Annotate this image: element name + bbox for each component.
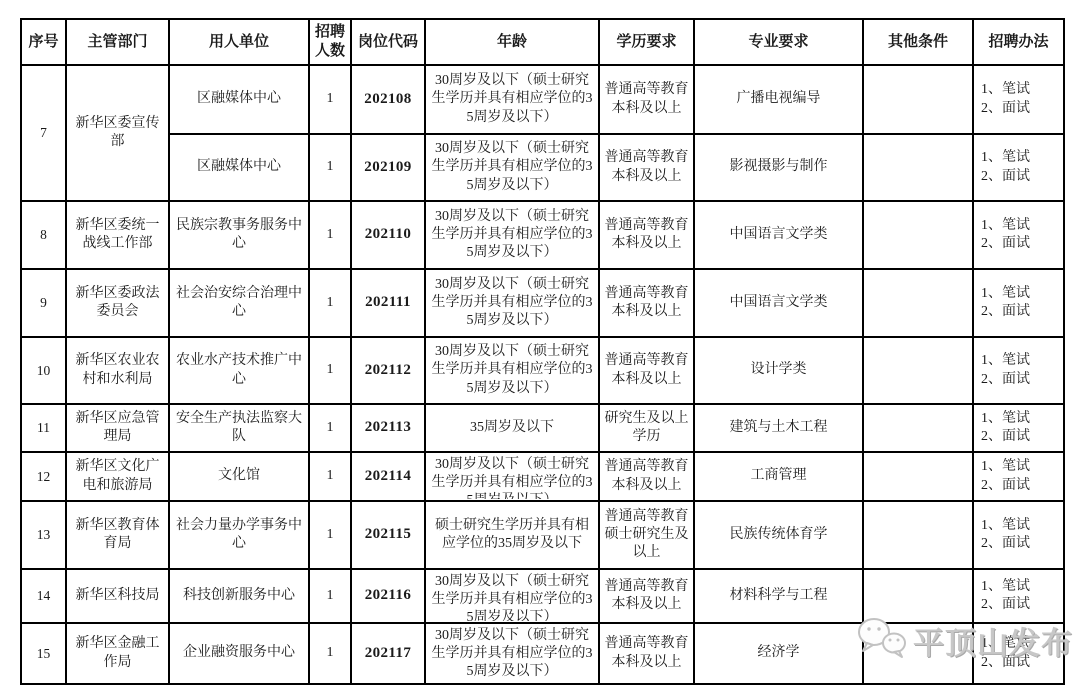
major-cell-text: 中国语言文学类 — [695, 224, 862, 246]
count-cell: 1 — [309, 452, 351, 501]
edu-cell: 普通高等教育本科及以上 — [599, 134, 694, 201]
seq-cell-text: 8 — [22, 224, 65, 246]
count-cell: 1 — [309, 337, 351, 404]
header-other: 其他条件 — [863, 19, 973, 65]
other-cell — [863, 452, 973, 501]
other-cell — [863, 501, 973, 569]
count-cell-text: 1 — [310, 524, 350, 546]
unit-cell-text: 企业融资服务中心 — [170, 642, 308, 664]
major-cell: 设计学类 — [694, 337, 863, 404]
edu-cell-text: 普通高等教育本科及以上 — [600, 456, 693, 496]
table-row: 9新华区委政法委员会社会治安综合治理中心120211130周岁及以下（硕士研究生… — [21, 269, 1064, 337]
count-cell-text: 1 — [310, 224, 350, 246]
other-cell-text — [864, 594, 972, 598]
count-cell: 1 — [309, 65, 351, 134]
other-cell — [863, 569, 973, 623]
count-cell: 1 — [309, 201, 351, 269]
table-row: 区融媒体中心120210930周岁及以下（硕士研究生学历并具有相应学位的35周岁… — [21, 134, 1064, 201]
other-cell-text — [864, 475, 972, 479]
seq-cell: 12 — [21, 452, 66, 501]
other-cell — [863, 269, 973, 337]
code-cell-text: 202115 — [352, 523, 424, 547]
major-cell: 中国语言文学类 — [694, 269, 863, 337]
major-cell-text: 民族传统体育学 — [695, 524, 862, 546]
seq-cell: 9 — [21, 269, 66, 337]
edu-cell-text: 普通高等教育本科及以上 — [600, 350, 693, 390]
dept-cell: 新华区委宣传部 — [66, 65, 169, 201]
unit-cell-text: 文化馆 — [170, 465, 308, 487]
major-cell-text: 材料科学与工程 — [695, 585, 862, 607]
unit-cell-text: 安全生产执法监察大队 — [170, 408, 308, 448]
code-cell-text: 202109 — [352, 156, 424, 180]
unit-cell-text: 农业水产技术推广中心 — [170, 350, 308, 390]
count-cell: 1 — [309, 623, 351, 684]
other-cell-text — [864, 98, 972, 102]
header-method: 招聘办法 — [973, 19, 1064, 65]
edu-cell-text: 普通高等教育本科及以上 — [600, 576, 693, 616]
method-cell-text: 1、笔试 2、面试 — [974, 633, 1063, 673]
age-cell: 30周岁及以下（硕士研究生学历并具有相应学位的35周岁及以下） — [425, 569, 599, 623]
header-edu: 学历要求 — [599, 19, 694, 65]
unit-cell-text: 区融媒体中心 — [170, 88, 308, 110]
dept-cell-text: 新华区金融工作局 — [67, 633, 168, 673]
method-cell: 1、笔试 2、面试 — [973, 65, 1064, 134]
age-cell-text: 30周岁及以下（硕士研究生学历并具有相应学位的35周岁及以下） — [426, 454, 598, 499]
code-cell: 202111 — [351, 269, 425, 337]
major-cell-text: 影视摄影与制作 — [695, 156, 862, 178]
other-cell — [863, 337, 973, 404]
edu-cell: 普通高等教育本科及以上 — [599, 65, 694, 134]
age-cell-text: 30周岁及以下（硕士研究生学历并具有相应学位的35周岁及以下） — [426, 571, 598, 621]
unit-cell: 农业水产技术推广中心 — [169, 337, 309, 404]
edu-cell: 普通高等教育本科及以上 — [599, 569, 694, 623]
code-cell-text: 202110 — [352, 223, 424, 247]
major-cell: 影视摄影与制作 — [694, 134, 863, 201]
count-cell-text: 1 — [310, 417, 350, 439]
major-cell-text: 广播电视编导 — [695, 88, 862, 110]
major-cell: 中国语言文学类 — [694, 201, 863, 269]
seq-cell-text: 13 — [22, 524, 65, 546]
code-cell: 202113 — [351, 404, 425, 452]
count-cell-text: 1 — [310, 292, 350, 314]
edu-cell-text: 普通高等教育硕士研究生及以上 — [600, 506, 693, 565]
method-cell-text: 1、笔试 2、面试 — [974, 350, 1063, 390]
method-cell: 1、笔试 2、面试 — [973, 501, 1064, 569]
code-cell: 202108 — [351, 65, 425, 134]
unit-cell: 科技创新服务中心 — [169, 569, 309, 623]
code-cell: 202110 — [351, 201, 425, 269]
code-cell-text: 202116 — [352, 584, 424, 608]
major-cell: 经济学 — [694, 623, 863, 684]
seq-cell-text: 7 — [22, 122, 65, 144]
header-unit: 用人单位 — [169, 19, 309, 65]
count-cell: 1 — [309, 569, 351, 623]
age-cell-text: 30周岁及以下（硕士研究生学历并具有相应学位的35周岁及以下） — [426, 206, 598, 265]
age-cell: 30周岁及以下（硕士研究生学历并具有相应学位的35周岁及以下） — [425, 337, 599, 404]
age-cell-text: 30周岁及以下（硕士研究生学历并具有相应学位的35周岁及以下） — [426, 625, 598, 682]
edu-cell-text: 普通高等教育本科及以上 — [600, 147, 693, 187]
method-cell-text: 1、笔试 2、面试 — [974, 515, 1063, 555]
seq-cell: 13 — [21, 501, 66, 569]
header-seq: 序号 — [21, 19, 66, 65]
recruitment-table: 序号主管部门用人单位招聘人数岗位代码年龄学历要求专业要求其他条件招聘办法 7新华… — [20, 18, 1065, 685]
dept-cell: 新华区科技局 — [66, 569, 169, 623]
table-row: 11新华区应急管理局安全生产执法监察大队120211335周岁及以下研究生及以上… — [21, 404, 1064, 452]
other-cell-text — [864, 426, 972, 430]
seq-cell: 7 — [21, 65, 66, 201]
age-cell-text: 30周岁及以下（硕士研究生学历并具有相应学位的35周岁及以下） — [426, 70, 598, 129]
other-cell-text — [864, 369, 972, 373]
seq-cell: 14 — [21, 569, 66, 623]
unit-cell-text: 科技创新服务中心 — [170, 585, 308, 607]
edu-cell: 普通高等教育硕士研究生及以上 — [599, 501, 694, 569]
dept-cell-text: 新华区文化广电和旅游局 — [67, 456, 168, 496]
table-row: 14新华区科技局科技创新服务中心120211630周岁及以下（硕士研究生学历并具… — [21, 569, 1064, 623]
table-row: 12新华区文化广电和旅游局文化馆120211430周岁及以下（硕士研究生学历并具… — [21, 452, 1064, 501]
code-cell: 202112 — [351, 337, 425, 404]
age-cell-text: 30周岁及以下（硕士研究生学历并具有相应学位的35周岁及以下） — [426, 138, 598, 197]
method-cell-text: 1、笔试 2、面试 — [974, 576, 1063, 616]
seq-cell-text: 11 — [22, 417, 65, 439]
dept-cell: 新华区委政法委员会 — [66, 269, 169, 337]
seq-cell: 15 — [21, 623, 66, 684]
age-cell-text: 35周岁及以下 — [426, 417, 598, 439]
unit-cell: 区融媒体中心 — [169, 134, 309, 201]
age-cell: 30周岁及以下（硕士研究生学历并具有相应学位的35周岁及以下） — [425, 65, 599, 134]
other-cell-text — [864, 233, 972, 237]
major-cell-text: 建筑与土木工程 — [695, 417, 862, 439]
code-cell-text: 202113 — [352, 416, 424, 440]
age-cell-text: 30周岁及以下（硕士研究生学历并具有相应学位的35周岁及以下） — [426, 274, 598, 333]
unit-cell-text: 社会力量办学事务中心 — [170, 515, 308, 555]
code-cell-text: 202112 — [352, 359, 424, 383]
header-row: 序号主管部门用人单位招聘人数岗位代码年龄学历要求专业要求其他条件招聘办法 — [21, 19, 1064, 65]
method-cell-text: 1、笔试 2、面试 — [974, 79, 1063, 119]
count-cell: 1 — [309, 501, 351, 569]
dept-cell-text: 新华区委统一战线工作部 — [67, 215, 168, 255]
count-cell-text: 1 — [310, 88, 350, 110]
major-cell-text: 工商管理 — [695, 465, 862, 487]
unit-cell: 民族宗教事务服务中心 — [169, 201, 309, 269]
count-cell: 1 — [309, 269, 351, 337]
method-cell: 1、笔试 2、面试 — [973, 569, 1064, 623]
method-cell: 1、笔试 2、面试 — [973, 269, 1064, 337]
code-cell: 202109 — [351, 134, 425, 201]
unit-cell: 区融媒体中心 — [169, 65, 309, 134]
age-cell: 30周岁及以下（硕士研究生学历并具有相应学位的35周岁及以下） — [425, 269, 599, 337]
edu-cell: 普通高等教育本科及以上 — [599, 623, 694, 684]
seq-cell-text: 15 — [22, 643, 65, 665]
dept-cell-text: 新华区应急管理局 — [67, 408, 168, 448]
count-cell: 1 — [309, 134, 351, 201]
edu-cell-text: 普通高等教育本科及以上 — [600, 79, 693, 119]
unit-cell-text: 社会治安综合治理中心 — [170, 283, 308, 323]
edu-cell: 研究生及以上学历 — [599, 404, 694, 452]
code-cell-text: 202111 — [352, 291, 424, 315]
table-row: 10新华区农业农村和水利局农业水产技术推广中心120211230周岁及以下（硕士… — [21, 337, 1064, 404]
count-cell-text: 1 — [310, 585, 350, 607]
age-cell-text: 硕士研究生学历并具有相应学位的35周岁及以下 — [426, 515, 598, 555]
edu-cell-text: 研究生及以上学历 — [600, 408, 693, 448]
unit-cell-text: 民族宗教事务服务中心 — [170, 215, 308, 255]
count-cell: 1 — [309, 404, 351, 452]
table-row: 7新华区委宣传部区融媒体中心120210830周岁及以下（硕士研究生学历并具有相… — [21, 65, 1064, 134]
method-cell: 1、笔试 2、面试 — [973, 452, 1064, 501]
major-cell: 建筑与土木工程 — [694, 404, 863, 452]
major-cell: 工商管理 — [694, 452, 863, 501]
dept-cell-text: 新华区委宣传部 — [67, 113, 168, 153]
unit-cell: 企业融资服务中心 — [169, 623, 309, 684]
method-cell-text: 1、笔试 2、面试 — [974, 408, 1063, 448]
code-cell: 202117 — [351, 623, 425, 684]
other-cell — [863, 134, 973, 201]
method-cell: 1、笔试 2、面试 — [973, 201, 1064, 269]
other-cell-text — [864, 301, 972, 305]
other-cell-text — [864, 652, 972, 656]
other-cell — [863, 201, 973, 269]
edu-cell-text: 普通高等教育本科及以上 — [600, 633, 693, 673]
dept-cell: 新华区农业农村和水利局 — [66, 337, 169, 404]
dept-cell-text: 新华区委政法委员会 — [67, 283, 168, 323]
code-cell: 202115 — [351, 501, 425, 569]
other-cell-text — [864, 166, 972, 170]
major-cell: 民族传统体育学 — [694, 501, 863, 569]
count-cell-text: 1 — [310, 156, 350, 178]
other-cell — [863, 404, 973, 452]
header-count: 招聘人数 — [309, 19, 351, 65]
unit-cell: 文化馆 — [169, 452, 309, 501]
table-row: 13新华区教育体育局社会力量办学事务中心1202115硕士研究生学历并具有相应学… — [21, 501, 1064, 569]
dept-cell: 新华区教育体育局 — [66, 501, 169, 569]
age-cell: 35周岁及以下 — [425, 404, 599, 452]
age-cell: 30周岁及以下（硕士研究生学历并具有相应学位的35周岁及以下） — [425, 623, 599, 684]
dept-cell: 新华区委统一战线工作部 — [66, 201, 169, 269]
seq-cell-text: 14 — [22, 585, 65, 607]
age-cell: 30周岁及以下（硕士研究生学历并具有相应学位的35周岁及以下） — [425, 452, 599, 501]
method-cell: 1、笔试 2、面试 — [973, 404, 1064, 452]
dept-cell: 新华区文化广电和旅游局 — [66, 452, 169, 501]
age-cell-text: 30周岁及以下（硕士研究生学历并具有相应学位的35周岁及以下） — [426, 341, 598, 400]
header-age: 年龄 — [425, 19, 599, 65]
dept-cell: 新华区金融工作局 — [66, 623, 169, 684]
table-row: 8新华区委统一战线工作部民族宗教事务服务中心120211030周岁及以下（硕士研… — [21, 201, 1064, 269]
code-cell-text: 202108 — [352, 88, 424, 112]
header-dept: 主管部门 — [66, 19, 169, 65]
age-cell: 30周岁及以下（硕士研究生学历并具有相应学位的35周岁及以下） — [425, 134, 599, 201]
seq-cell: 11 — [21, 404, 66, 452]
dept-cell: 新华区应急管理局 — [66, 404, 169, 452]
dept-cell-text: 新华区农业农村和水利局 — [67, 350, 168, 390]
method-cell: 1、笔试 2、面试 — [973, 337, 1064, 404]
unit-cell: 社会治安综合治理中心 — [169, 269, 309, 337]
method-cell: 1、笔试 2、面试 — [973, 134, 1064, 201]
age-cell: 硕士研究生学历并具有相应学位的35周岁及以下 — [425, 501, 599, 569]
unit-cell-text: 区融媒体中心 — [170, 156, 308, 178]
count-cell-text: 1 — [310, 642, 350, 664]
code-cell: 202114 — [351, 452, 425, 501]
seq-cell-text: 9 — [22, 292, 65, 314]
method-cell-text: 1、笔试 2、面试 — [974, 283, 1063, 323]
method-cell-text: 1、笔试 2、面试 — [974, 147, 1063, 187]
major-cell-text: 经济学 — [695, 642, 862, 664]
major-cell: 材料科学与工程 — [694, 569, 863, 623]
seq-cell: 10 — [21, 337, 66, 404]
count-cell-text: 1 — [310, 359, 350, 381]
major-cell-text: 中国语言文学类 — [695, 292, 862, 314]
seq-cell-text: 12 — [22, 466, 65, 488]
code-cell: 202116 — [351, 569, 425, 623]
edu-cell-text: 普通高等教育本科及以上 — [600, 283, 693, 323]
major-cell: 广播电视编导 — [694, 65, 863, 134]
edu-cell: 普通高等教育本科及以上 — [599, 337, 694, 404]
edu-cell-text: 普通高等教育本科及以上 — [600, 215, 693, 255]
dept-cell-text: 新华区教育体育局 — [67, 515, 168, 555]
edu-cell: 普通高等教育本科及以上 — [599, 201, 694, 269]
code-cell-text: 202117 — [352, 642, 424, 666]
seq-cell: 8 — [21, 201, 66, 269]
count-cell-text: 1 — [310, 465, 350, 487]
code-cell-text: 202114 — [352, 465, 424, 489]
other-cell — [863, 623, 973, 684]
edu-cell: 普通高等教育本科及以上 — [599, 452, 694, 501]
edu-cell: 普通高等教育本科及以上 — [599, 269, 694, 337]
major-cell-text: 设计学类 — [695, 359, 862, 381]
age-cell: 30周岁及以下（硕士研究生学历并具有相应学位的35周岁及以下） — [425, 201, 599, 269]
other-cell — [863, 65, 973, 134]
table-row: 15新华区金融工作局企业融资服务中心120211730周岁及以下（硕士研究生学历… — [21, 623, 1064, 684]
unit-cell: 安全生产执法监察大队 — [169, 404, 309, 452]
seq-cell-text: 10 — [22, 360, 65, 382]
method-cell: 1、笔试 2、面试 — [973, 623, 1064, 684]
header-major: 专业要求 — [694, 19, 863, 65]
dept-cell-text: 新华区科技局 — [67, 585, 168, 607]
method-cell-text: 1、笔试 2、面试 — [974, 215, 1063, 255]
unit-cell: 社会力量办学事务中心 — [169, 501, 309, 569]
method-cell-text: 1、笔试 2、面试 — [974, 456, 1063, 496]
other-cell-text — [864, 533, 972, 537]
header-code: 岗位代码 — [351, 19, 425, 65]
